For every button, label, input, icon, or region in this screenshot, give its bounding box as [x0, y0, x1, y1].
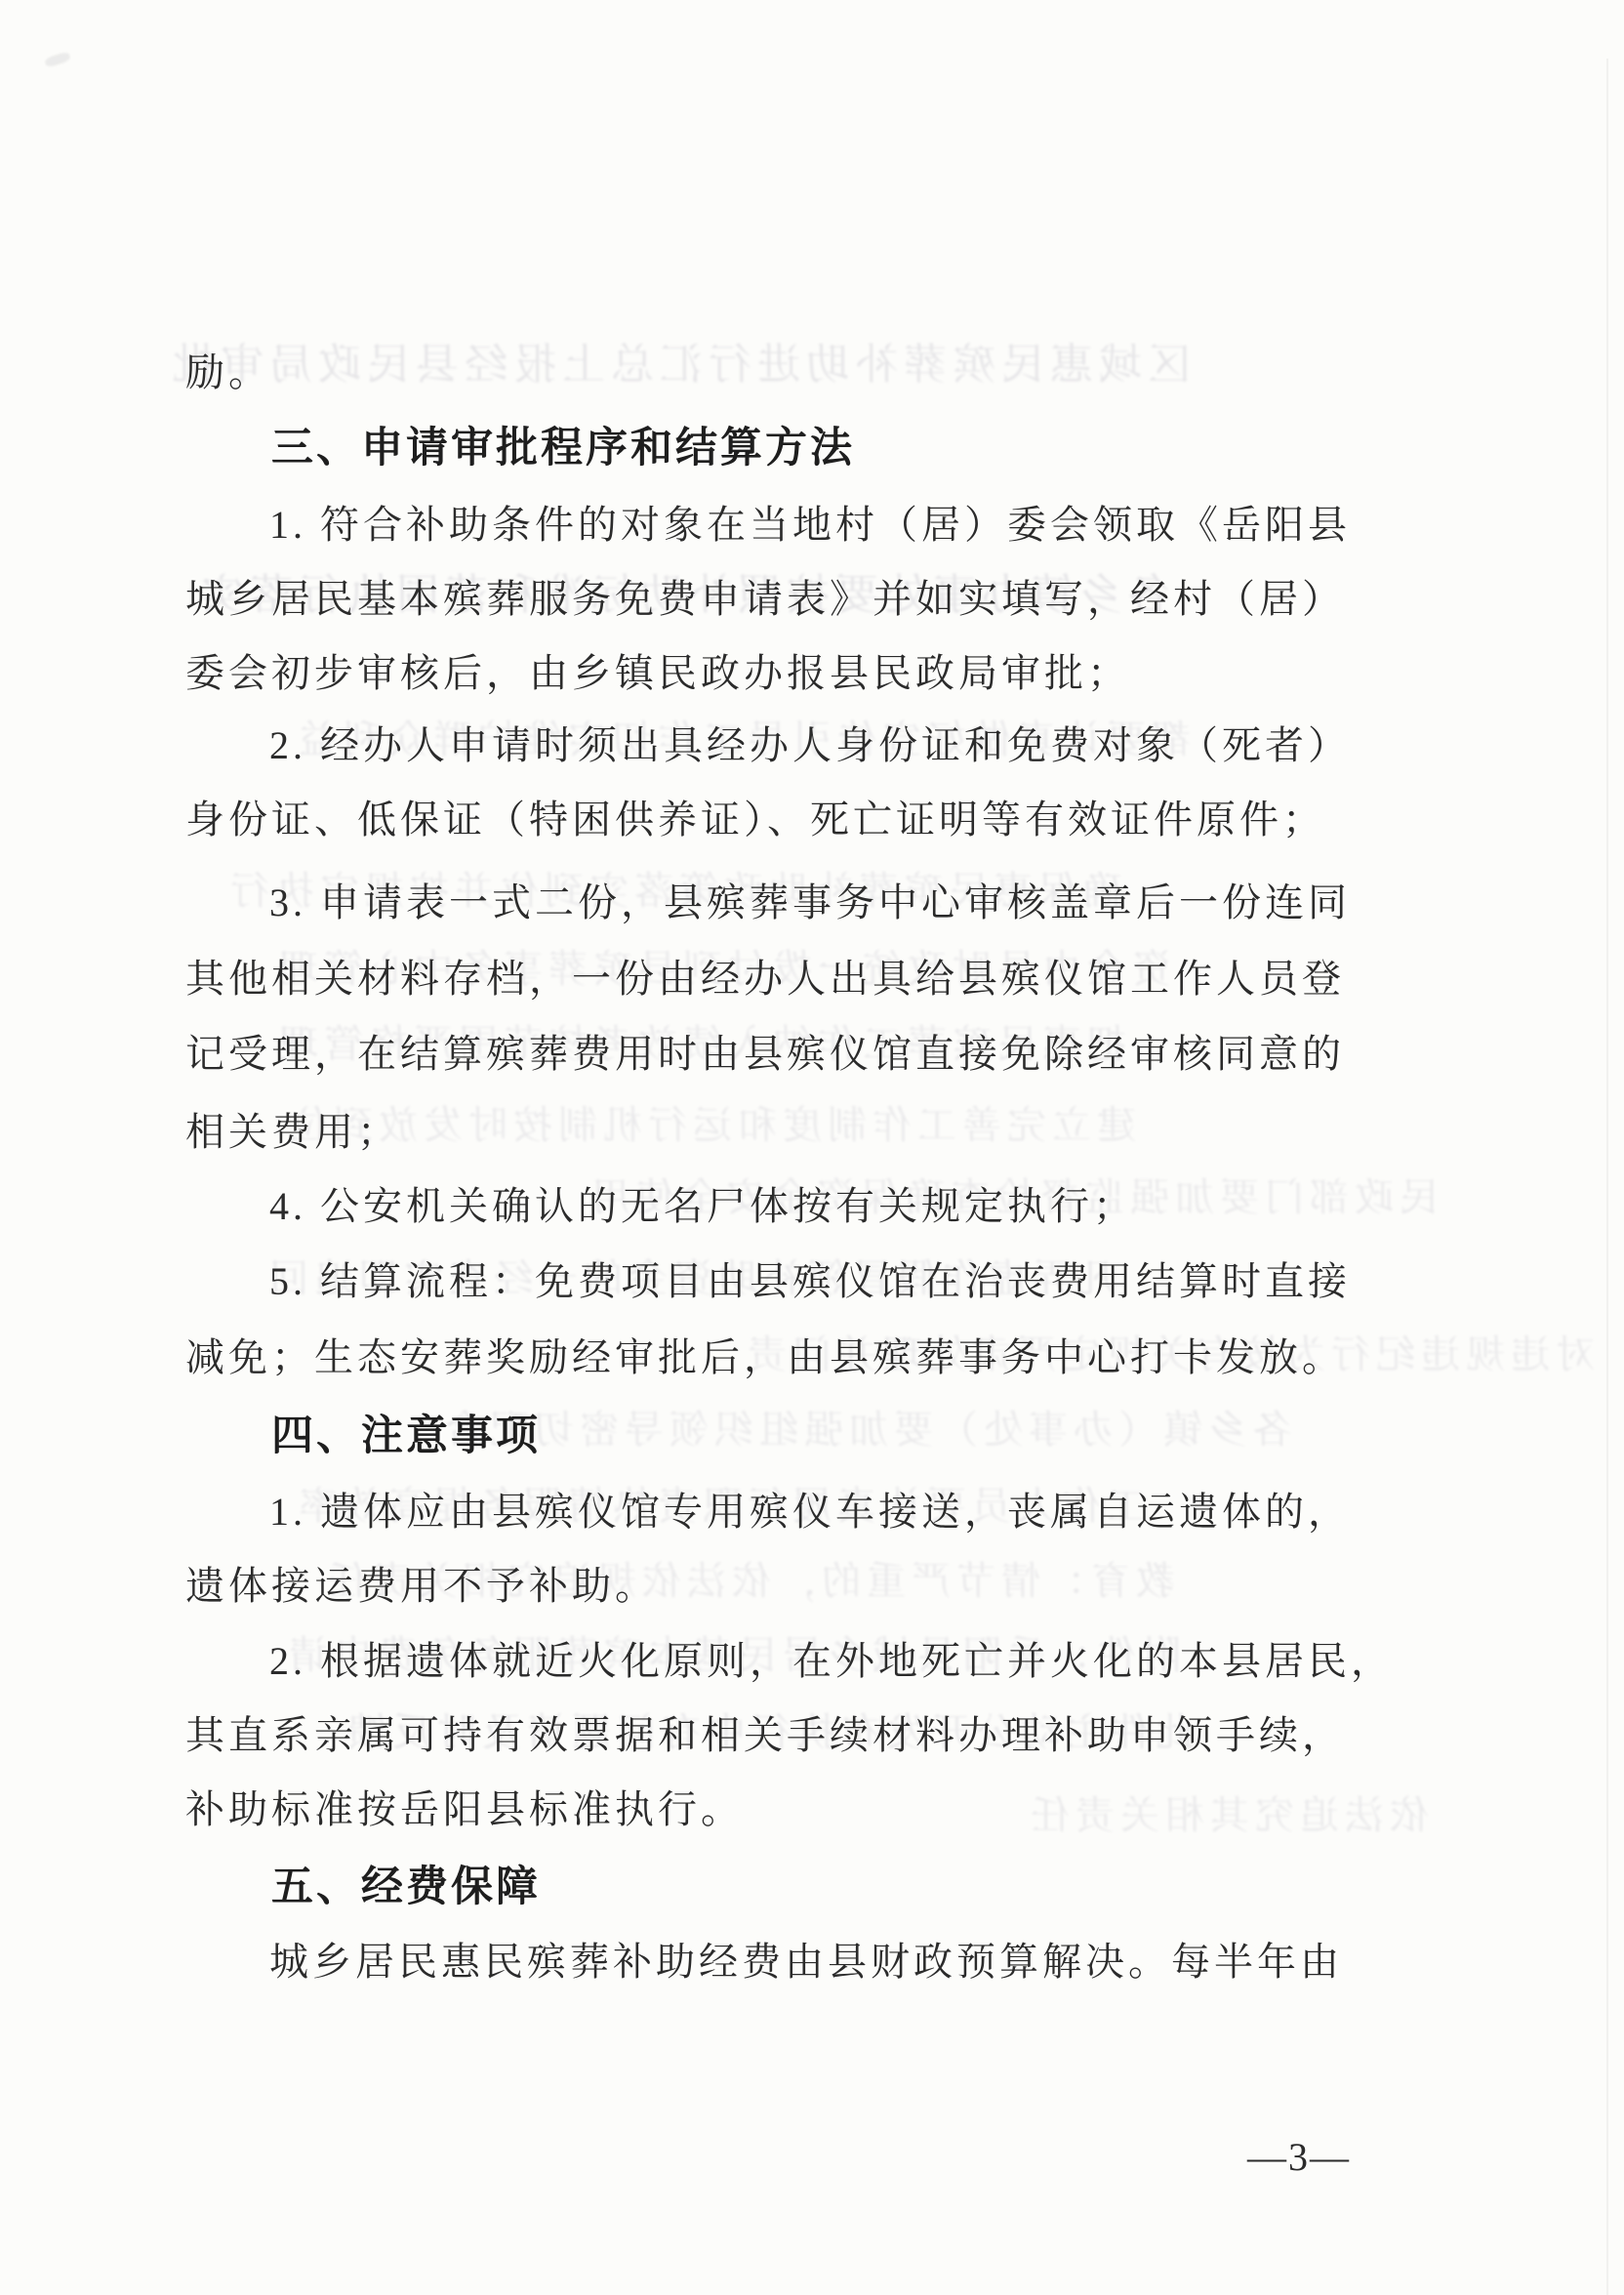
- page-number: —3—: [1247, 2138, 1351, 2177]
- document-page: 区域惠民殡葬补助进行汇总上报经县民政局审批 各乡镇办事处要按照补助标准和范围执行…: [0, 0, 1624, 2295]
- scan-speck: [44, 51, 71, 68]
- section-heading-5: 五、经费保障: [271, 1866, 541, 1908]
- text-line: 城乡居民基本殡葬服务免费申请表》并如实填写，经村（居）: [185, 580, 1345, 619]
- scan-edge-streak: [1606, 59, 1608, 2295]
- text-line: 2. 根据遗体就近火化原则，在外地死亡并火化的本县居民，: [269, 1642, 1394, 1681]
- bleed-through-line: 各乡镇（办事处）要加强组织领导密切配合: [439, 1411, 1292, 1450]
- text-line: 委会初步审核后，由乡镇民政办报县民政局审批；: [185, 654, 1130, 693]
- text-line: 3. 申请表一式二份，县殡葬事务中心审核盖章后一份连同: [269, 883, 1351, 922]
- text-line: 其直系亲属可持有效票据和相关手续材料办理补助申领手续，: [185, 1716, 1345, 1755]
- text-line: 减免；生态安葬奖励经审批后，由县殡葬事务中心打卡发放。: [185, 1338, 1345, 1377]
- text-line: 1. 符合补助条件的对象在当地村（居）委会领取《岳阳县: [269, 506, 1351, 545]
- bleed-through-line: 依法追究其相关责任: [1025, 1796, 1429, 1835]
- text-line-li: 励。: [185, 353, 271, 392]
- text-line: 身份证、低保证（特困供养证）、死亡证明等有效证件原件；: [185, 800, 1325, 840]
- section-heading-4: 四、注意事项: [271, 1415, 541, 1457]
- text-line: 4. 公安机关确认的无名尸体按有关规定执行；: [269, 1187, 1136, 1226]
- bleed-through-line: 区域惠民殡葬补助进行汇总上报经县民政局审批: [166, 344, 1191, 387]
- section-heading-3: 三、申请审批程序和结算方法: [271, 428, 855, 470]
- text-line: 2. 经办人申请时须出具经办人身份证和免费对象（死者）: [269, 726, 1351, 765]
- text-line: 补助标准按岳阳县标准执行。: [185, 1790, 744, 1829]
- text-line: 其他相关材料存档，一份由经办人出具给县殡仪馆工作人员登: [185, 960, 1345, 999]
- text-line: 遗体接运费用不予补助。: [185, 1567, 658, 1606]
- text-line: 城乡居民惠民殡葬补助经费由县财政预算解决。每半年由: [269, 1943, 1343, 1982]
- text-line: 1. 遗体应由县殡仪馆专用殡仪车接送，丧属自运遗体的，: [269, 1493, 1351, 1532]
- text-line: 相关费用；: [185, 1113, 400, 1152]
- text-line: 5. 结算流程：免费项目由县殡仪馆在治丧费用结算时直接: [269, 1262, 1351, 1301]
- text-line: 记受理，在结算殡葬费用时由县殡仪馆直接免除经审核同意的: [185, 1035, 1345, 1074]
- bleed-through-line: 建立完善工作制度和运行机制按时发放到位: [283, 1106, 1136, 1145]
